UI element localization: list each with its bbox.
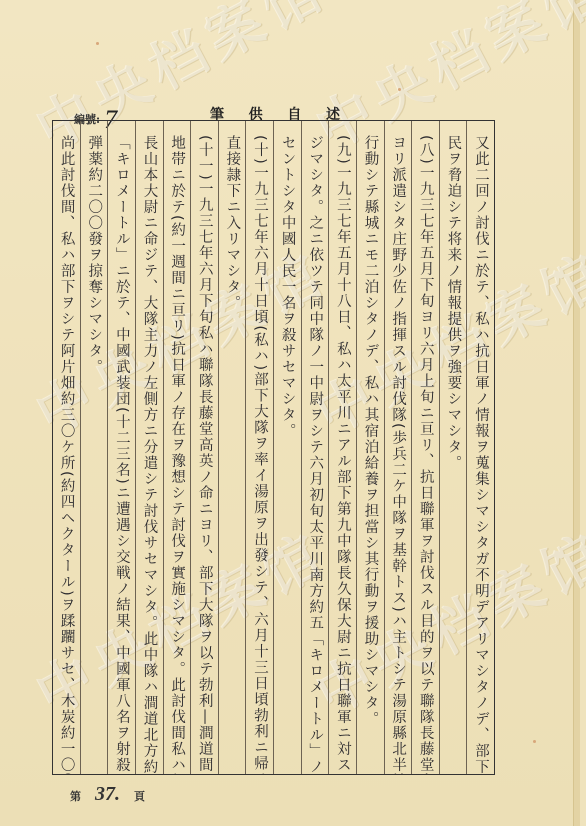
page-number-footer: 第37.頁	[70, 783, 145, 806]
text-column: 「キロメートル」ニ於テ、中國武装団(十二三名)ニ遭遇シ交戦ノ結果、中國軍八名ヲ射…	[107, 121, 135, 774]
text-column: 又此二回ノ討伐ニ於テ、私ハ抗日軍ノ情報ヲ蒐集シマシタガ不明デアリマシタノデ、部下…	[466, 121, 494, 774]
text-column: (十)一九三七年六月十日頃(私ハ)部下大隊ヲ率イ湯原ヲ出發シテ、六月十三日頃勃利…	[245, 121, 273, 774]
text-column: 民ヲ脅迫シテ将来ノ情報提供ヲ強要シマシタ。	[439, 121, 467, 774]
text-column: (九)一九三七年五月十八日、私ハ太平川ニアル部下第九中隊長久保大尉ニ抗日聯軍ニ対…	[328, 121, 356, 774]
text-column: 弾薬約二〇〇發ヲ掠奪シマシタ。	[80, 121, 108, 774]
footer-suffix: 頁	[134, 790, 145, 803]
manuscript-grid: 又此二回ノ討伐ニ於テ、私ハ抗日軍ノ情報ヲ蒐集シマシタガ不明デアリマシタノデ、部下…	[52, 120, 495, 775]
footer-prefix: 第	[70, 790, 81, 803]
text-column: 直接隷下ニ入リマシタ。	[218, 121, 246, 774]
page-edge	[573, 0, 580, 826]
text-column: セントシタ中國人民一名ヲ殺サセマシタ。	[273, 121, 301, 774]
text-column: 尚此討伐間、私ハ部下ヲシテ阿片畑約三〇ケ所(約四ヘクタール)ヲ蹂躙サセ、木炭約一…	[53, 121, 80, 774]
text-column: (十一)一九三七年六月下旬私ハ聯隊長藤堂高英ノ命ニヨリ、部下大隊ヲ以テ勃利―澗道…	[190, 121, 218, 774]
text-column: 長山本大尉ニ命ジテ、大隊主力ノ左側方ニ分遣シテ討伐サセマシタ。此中隊ハ澗道北方約…	[135, 121, 163, 774]
text-column: ヨリ派遣シタ庄野少佐ノ指揮スル討伐隊(歩兵二ケ中隊ヲ基幹トス)ハ主トシテ湯原縣北…	[384, 121, 412, 774]
document-page: 中央档案馆 中央档案馆 中央档案馆 中央档案馆 中央档案馆 中央档案馆 編號:7…	[0, 0, 580, 826]
page-number: 37.	[95, 783, 120, 805]
text-column: (八)一九三七年五月下旬ヨリ六月上旬ニ亘リ、抗日聯軍ヲ討伐スル目的ヲ以テ聯隊長藤…	[411, 121, 439, 774]
text-column: 地帯ニ於テ(約一週間ニ亘リ)抗日軍ノ存在ヲ豫想シテ討伐ヲ實施シマシタ。此討伐間私…	[163, 121, 191, 774]
text-column: ジマシタ。之ニ依ツテ同中隊ノ一中尉ヲシテ六月初旬太平川南方約五「キロメートル」ノ…	[301, 121, 329, 774]
text-column: 行動シテ縣城ニモ二泊シタノデ、私ハ其宿泊給養ヲ担當シ其行動ヲ援助シマシタ。	[356, 121, 384, 774]
